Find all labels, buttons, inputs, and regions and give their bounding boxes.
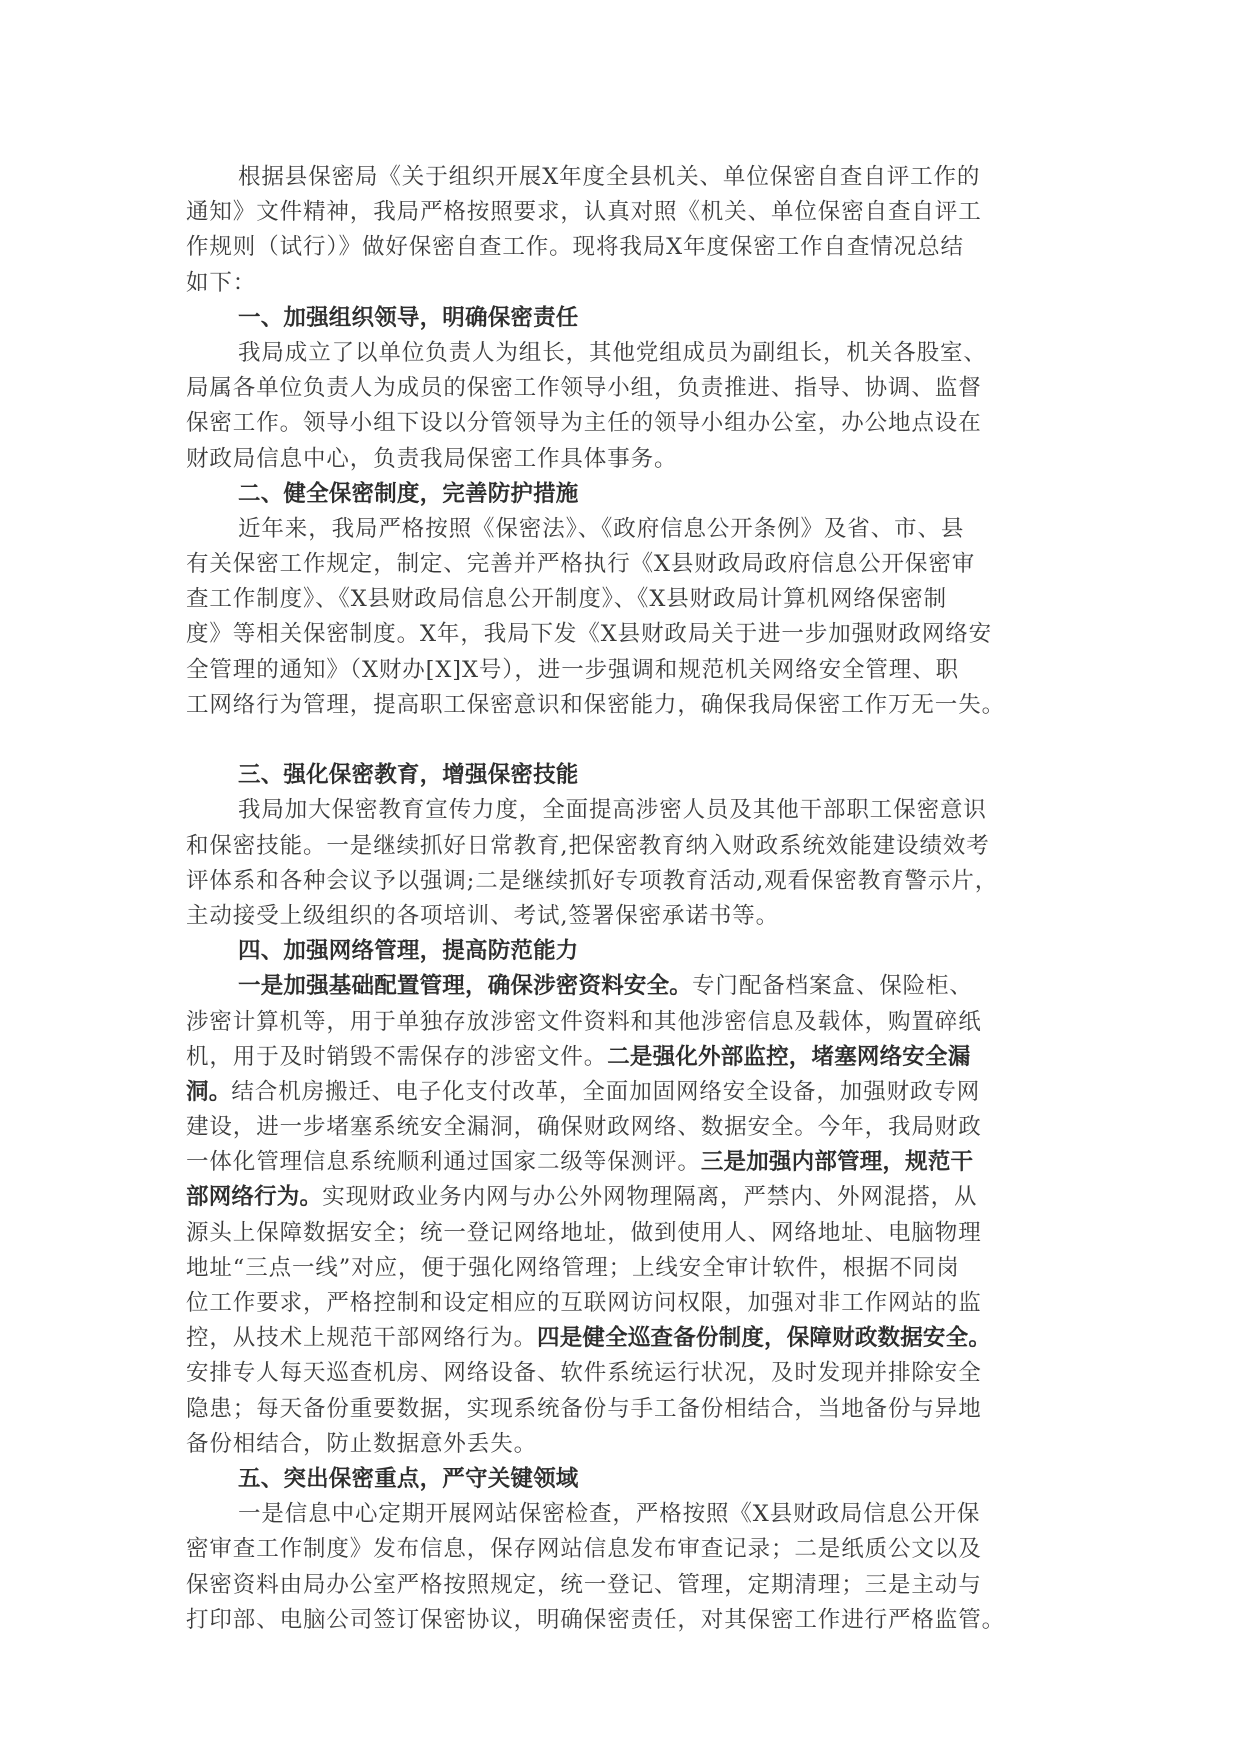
text-line: 作规则（试行）》做好保密自查工作。现将我局X年度保密工作自查情况总结 — [186, 230, 1066, 265]
text-line: 一是加强基础配置管理，确保涉密资料安全。专门配备档案盒、保险柜、 — [186, 969, 1066, 1004]
section-1: 一、加强组织领导，明确保密责任 我局成立了以单位负责人为组长，其他党组成员为副组… — [186, 301, 1066, 477]
section-heading: 三、强化保密教育，增强保密技能 — [186, 758, 1066, 793]
section-2: 二、健全保密制度，完善防护措施 近年来，我局严格按照《保密法》、《政府信息公开条… — [186, 477, 1066, 723]
bold-lead: 二是强化外部监控，堵塞网络安全漏 — [607, 1044, 970, 1070]
text-line: 有关保密工作规定，制定、完善并严格执行《X县财政局政府信息公开保密审 — [186, 547, 1066, 582]
text-run: 地址“三点一线”对应，便于强化网络管理；上线安全审计软件，根据不同岗 — [186, 1255, 960, 1281]
text-run: 涉密计算机等，用于单独存放涉密文件资料和其他涉密信息及载体，购置碎纸 — [186, 1009, 982, 1035]
text-run: 隐患；每天备份重要数据，实现系统备份与手工备份相结合，当地备份与异地 — [186, 1396, 982, 1422]
text-line: 主动接受上级组织的各项培训、考试,签署保密承诺书等。 — [186, 899, 1066, 934]
text-line: 和保密技能。一是继续抓好日常教育,把保密教育纳入财政系统效能建设绩效考 — [186, 829, 1066, 864]
text-run: 专门配备档案盒、保险柜、 — [692, 973, 973, 999]
text-line: 通知》文件精神，我局严格按照要求，认真对照《机关、单位保密自查自评工 — [186, 195, 1066, 230]
text-line: 根据县保密局《关于组织开展X年度全县机关、单位保密自查自评工作的 — [186, 160, 1066, 195]
section-5: 五、突出保密重点，严守关键领域 一是信息中心定期开展网站保密检查，严格按照《X县… — [186, 1462, 1066, 1638]
text-run: 结合机房搬迁、电子化支付改革，全面加固网络安全设备，加强财政专网 — [231, 1079, 980, 1105]
text-line: 洞。结合机房搬迁、电子化支付改革，全面加固网络安全设备，加强财政专网 — [186, 1075, 1066, 1110]
text-line: 源头上保障数据安全；统一登记网络地址，做到使用人、网络地址、电脑物理 — [186, 1216, 1066, 1251]
text-line: 我局成立了以单位负责人为组长，其他党组成员为副组长，机关各股室、 — [186, 336, 1066, 371]
text-run: 备份相结合，防止数据意外丢失。 — [186, 1431, 537, 1457]
text-line: 涉密计算机等，用于单独存放涉密文件资料和其他涉密信息及载体，购置碎纸 — [186, 1005, 1066, 1040]
text-run: 建设，进一步堵塞系统安全漏洞，确保财政网络、数据安全。今年，我局财政 — [186, 1114, 982, 1140]
text-line: 一是信息中心定期开展网站保密检查，严格按照《X县财政局信息公开保 — [186, 1497, 1066, 1532]
text-run: 位工作要求，严格控制和设定相应的互联网访问权限，加强对非工作网站的监 — [186, 1290, 982, 1316]
text-run: 安排专人每天巡查机房、网络设备、软件系统运行状况，及时发现并排除安全 — [186, 1360, 982, 1386]
bold-lead: 三是加强内部管理，规范干 — [701, 1149, 973, 1175]
text-run: 控，从技术上规范干部网络行为。 — [186, 1325, 537, 1351]
text-run: 机，用于及时销毁不需保存的涉密文件。 — [186, 1044, 607, 1070]
text-line: 部网络行为。实现财政业务内网与办公外网物理隔离，严禁内、外网混搭，从 — [186, 1180, 1066, 1215]
section-heading: 五、突出保密重点，严守关键领域 — [186, 1462, 1066, 1497]
bold-lead: 部网络行为。 — [186, 1184, 322, 1210]
section-3: 三、强化保密教育，增强保密技能 我局加大保密教育宣传力度，全面提高涉密人员及其他… — [186, 758, 1066, 934]
document-page: 根据县保密局《关于组织开展X年度全县机关、单位保密自查自评工作的 通知》文件精神… — [186, 160, 1066, 1638]
text-line: 一体化管理信息系统顺利通过国家二级等保测评。三是加强内部管理，规范干 — [186, 1145, 1066, 1180]
bold-lead: 洞。 — [186, 1079, 231, 1105]
text-line: 隐患；每天备份重要数据，实现系统备份与手工备份相结合，当地备份与异地 — [186, 1392, 1066, 1427]
section-heading: 二、健全保密制度，完善防护措施 — [186, 477, 1066, 512]
text-line: 全管理的通知》（X财办[X]X号），进一步强调和规范机关网络安全管理、职 — [186, 653, 1066, 688]
text-line: 评体系和各种会议予以强调;二是继续抓好专项教育活动,观看保密教育警示片， — [186, 864, 1066, 899]
text-run: 实现财政业务内网与办公外网物理隔离，严禁内、外网混搭，从 — [322, 1184, 977, 1210]
text-line: 度》等相关保密制度。X年，我局下发《X县财政局关于进一步加强财政网络安 — [186, 617, 1066, 652]
text-line: 局属各单位负责人为成员的保密工作领导小组，负责推进、指导、协调、监督 — [186, 371, 1066, 406]
text-line: 工网络行为管理，提高职工保密意识和保密能力，确保我局保密工作万无一失。 — [186, 688, 1066, 723]
bold-lead: 四是健全巡查备份制度，保障财政数据安全。 — [537, 1325, 991, 1351]
text-line: 保密资料由局办公室严格按照规定，统一登记、管理，定期清理；三是主动与 — [186, 1568, 1066, 1603]
intro-paragraph: 根据县保密局《关于组织开展X年度全县机关、单位保密自查自评工作的 通知》文件精神… — [186, 160, 1066, 301]
text-line: 我局加大保密教育宣传力度，全面提高涉密人员及其他干部职工保密意识 — [186, 793, 1066, 828]
text-line: 控，从技术上规范干部网络行为。四是健全巡查备份制度，保障财政数据安全。 — [186, 1321, 1066, 1356]
text-line: 密审查工作制度》发布信息，保存网站信息发布审查记录；二是纸质公文以及 — [186, 1532, 1066, 1567]
text-line: 近年来，我局严格按照《保密法》、《政府信息公开条例》及省、市、县 — [186, 512, 1066, 547]
bold-lead: 一是加强基础配置管理，确保涉密资料安全。 — [238, 973, 692, 999]
section-heading: 一、加强组织领导，明确保密责任 — [186, 301, 1066, 336]
text-line: 机，用于及时销毁不需保存的涉密文件。二是强化外部监控，堵塞网络安全漏 — [186, 1040, 1066, 1075]
text-line: 保密工作。领导小组下设以分管领导为主任的领导小组办公室，办公地点设在 — [186, 406, 1066, 441]
text-line: 备份相结合，防止数据意外丢失。 — [186, 1427, 1066, 1462]
text-line: 查工作制度》、《X县财政局信息公开制度》、《X县财政局计算机网络保密制 — [186, 582, 1066, 617]
section-heading: 四、加强网络管理，提高防范能力 — [186, 934, 1066, 969]
text-line: 打印部、电脑公司签订保密协议，明确保密责任，对其保密工作进行严格监管。 — [186, 1603, 1066, 1638]
text-run: 源头上保障数据安全；统一登记网络地址，做到使用人、网络地址、电脑物理 — [186, 1220, 982, 1246]
text-line: 如下： — [186, 266, 1066, 301]
text-run: 一体化管理信息系统顺利通过国家二级等保测评。 — [186, 1149, 701, 1175]
text-line: 位工作要求，严格控制和设定相应的互联网访问权限，加强对非工作网站的监 — [186, 1286, 1066, 1321]
section-4: 四、加强网络管理，提高防范能力 一是加强基础配置管理，确保涉密资料安全。专门配备… — [186, 934, 1066, 1462]
text-line: 地址“三点一线”对应，便于强化网络管理；上线安全审计软件，根据不同岗 — [186, 1251, 1066, 1286]
text-line: 建设，进一步堵塞系统安全漏洞，确保财政网络、数据安全。今年，我局财政 — [186, 1110, 1066, 1145]
text-line: 财政局信息中心，负责我局保密工作具体事务。 — [186, 442, 1066, 477]
text-line: 安排专人每天巡查机房、网络设备、软件系统运行状况，及时发现并排除安全 — [186, 1356, 1066, 1391]
blank-line — [186, 723, 1066, 758]
